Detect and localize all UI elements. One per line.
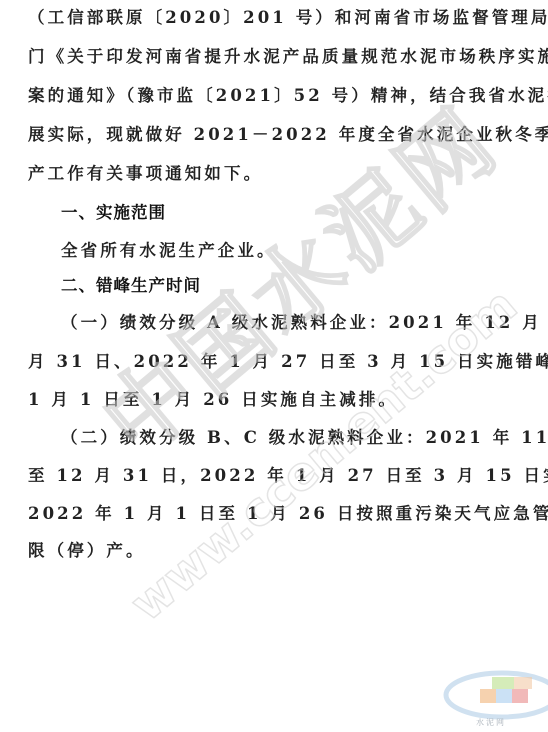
logo-label: 水泥网 — [476, 717, 506, 728]
document-page-lower — [0, 0, 548, 732]
